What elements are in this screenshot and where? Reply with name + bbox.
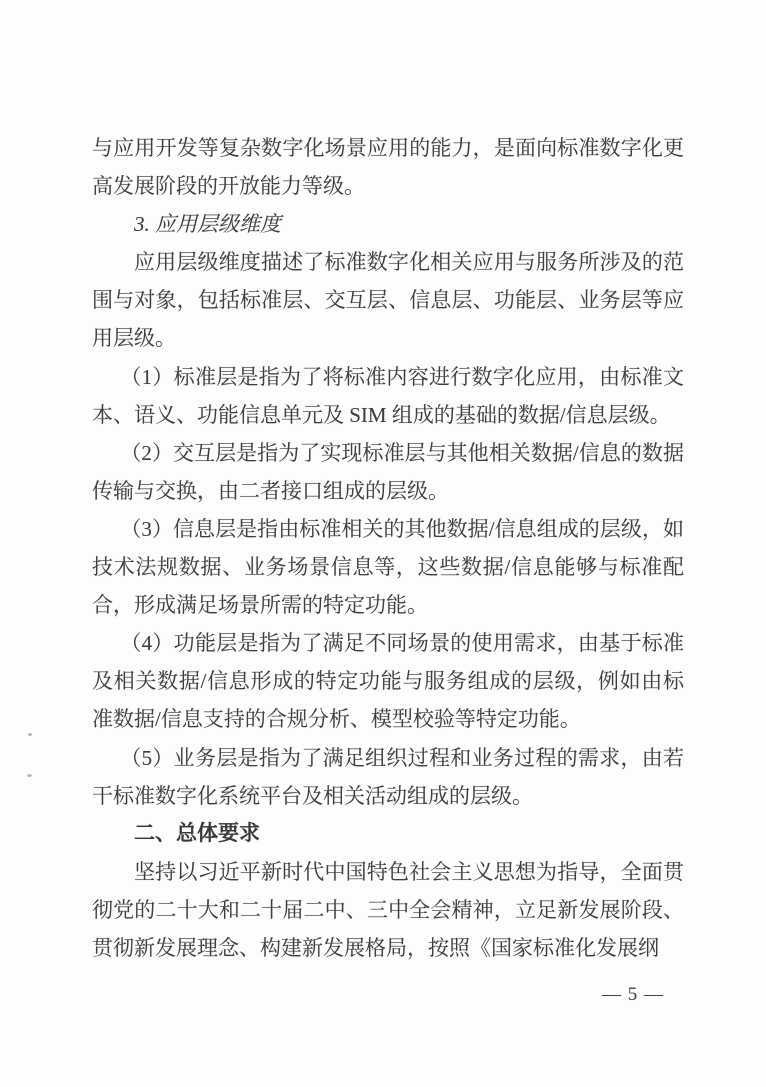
paragraph: 坚持以习近平新时代中国特色社会主义思想为指导，全面贯彻党的二十大和二十届二中、三… <box>92 853 684 967</box>
scan-artifact <box>28 733 32 736</box>
section-heading: 二、总体要求 <box>92 815 684 853</box>
paragraph: 应用层级维度描述了标准数字化相关应用与服务所涉及的范围与对象，包括标准层、交互层… <box>92 243 684 357</box>
paragraph: （4）功能层是指为了满足不同场景的使用需求，由基于标准及相关数据/信息形成的特定… <box>92 624 684 738</box>
page-number: — 5 — <box>602 984 664 1006</box>
paragraph: （2）交互层是指为了实现标准层与其他相关数据/信息的数据传输与交换，由二者接口组… <box>92 434 684 510</box>
document-page: 与应用开发等复杂数字化场景应用的能力，是面向标准数字化更高发展阶段的开放能力等级… <box>0 0 766 1087</box>
paragraph: （3）信息层是指由标准相关的其他数据/信息组成的层级，如技术法规数据、业务场景信… <box>92 510 684 624</box>
subsection-heading: 3. 应用层级维度 <box>92 205 684 243</box>
document-body: 与应用开发等复杂数字化场景应用的能力，是面向标准数字化更高发展阶段的开放能力等级… <box>92 129 684 967</box>
paragraph: （5）业务层是指为了满足组织过程和业务过程的需求，由若干标准数字化系统平台及相关… <box>92 739 684 815</box>
paragraph: 与应用开发等复杂数字化场景应用的能力，是面向标准数字化更高发展阶段的开放能力等级… <box>92 129 684 205</box>
paragraph: （1）标准层是指为了将标准内容进行数字化应用，由标准文本、语义、功能信息单元及 … <box>92 358 684 434</box>
scan-artifact <box>27 774 32 777</box>
